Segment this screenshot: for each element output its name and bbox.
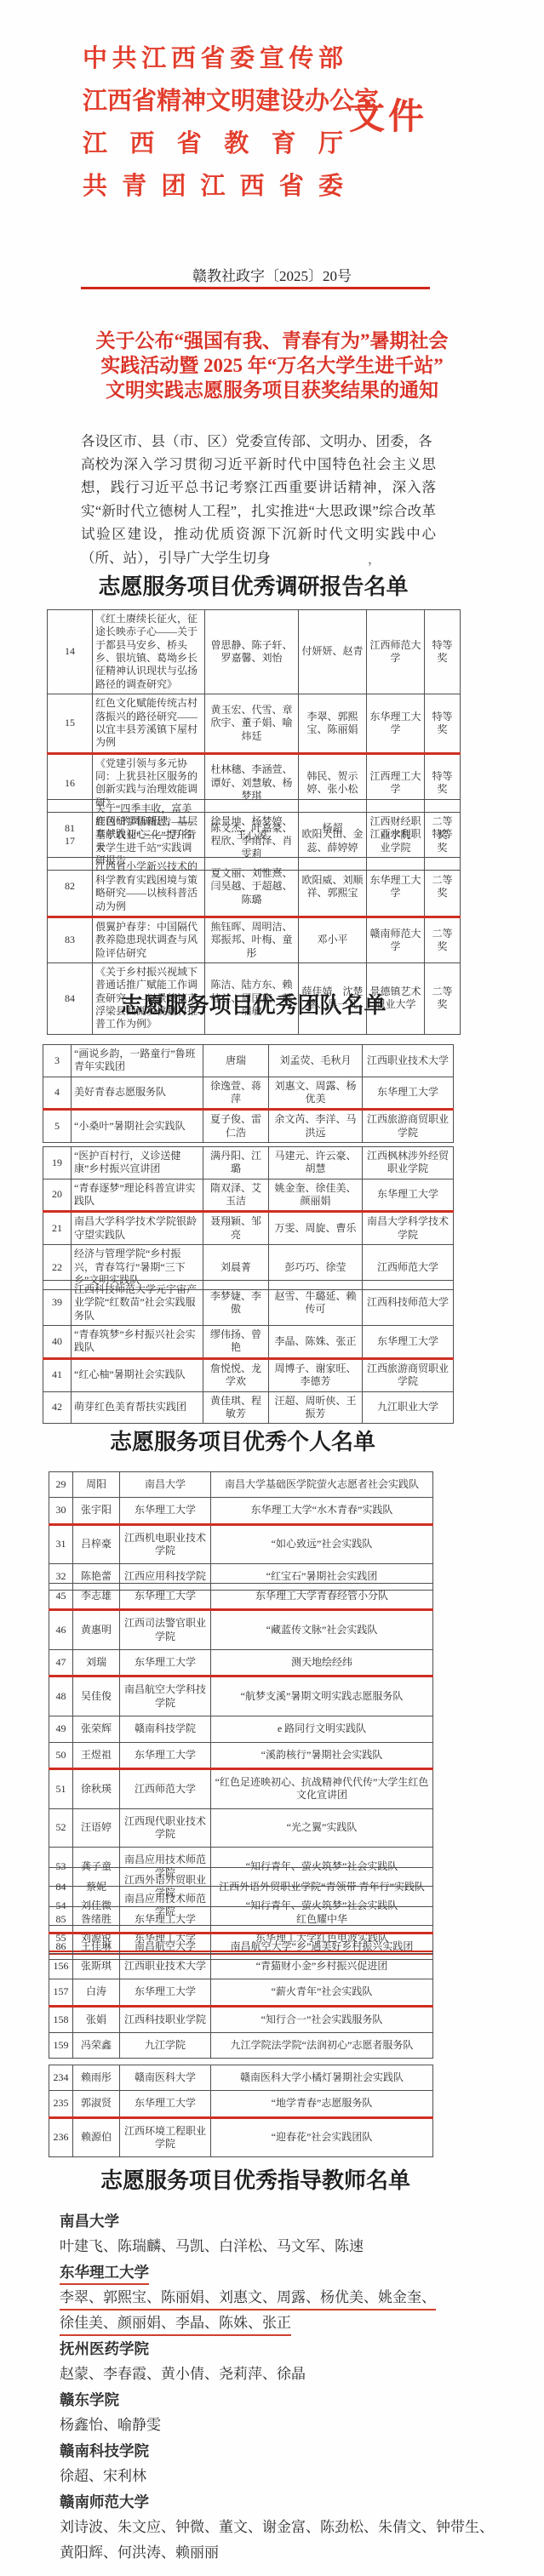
cell-advisors: 万雯、周旋、曹乐 [269,1212,363,1245]
cell-team-name: 东华理工大学“水木青春”实践队 [211,1498,433,1524]
table-row: 20 “青春逐梦”理论科普宣讲实践队 隋双泽、艾玉洁 姚金奎、徐佳美、颜丽娟 东… [43,1179,454,1212]
cell-project-title: 红色文化赋能传统古村落振兴的路径研究——以宜丰县芳溪镇下屋村为例 [93,694,205,753]
cell-leaders: 黄佳琪、程敏芳 [203,1391,269,1424]
cell-number: 85 [49,1906,73,1933]
cell-award: 二等奖 [425,800,461,858]
table-row: 85 昝绪胜 东华理工大学 红色耀中华 [49,1906,433,1933]
teacher-line-text: 赣南师范大学 [60,2493,149,2510]
cell-team-name: “知行合一”社会实践服务队 [211,2006,433,2032]
cell-school: 九江学院 [120,2033,211,2059]
cell-number: 236 [49,2117,73,2157]
cell-project-title: 《红土赓续长征火，征途长映赤子心——关于于都县马安乡、桥头乡、银坑镇、葛坳乡长征… [93,610,205,694]
cell-leaders: 缪伟扬、曾艳 [203,1326,269,1359]
cell-number: 39 [43,1281,72,1326]
cell-team-name: “如心致远”社会实践队 [211,1524,433,1564]
table-row: 30 张宇阳 东华理工大学 东华理工大学“水木青春”实践队 [49,1498,433,1524]
title-line-3: 文明实践志愿服务项目获奖结果的通知 [0,378,544,403]
cell-advisors: 欧阳威、刘顺祥、郭熙宝 [299,858,367,917]
document-title: 关于公布“强国有我、青春有为”暑期社会 实践活动暨 2025 年“万名大学生进千… [0,328,544,403]
table-row: 47 刘瑞 东华理工大学 测天地绘经纬 [49,1650,433,1676]
table-row: 83 偎翼护春芽：中国隔代教养隐患现状调查与风险评估研究 熊钰晖、周明洁、郑振邦… [48,917,461,962]
cell-advisors: 刘孟荧、毛秋月 [269,1045,363,1077]
cell-leaders: 满丹阳、江璐 [203,1147,269,1179]
cell-school: 江西现代职业技术学院 [120,1808,211,1848]
cell-school: 南昌大学 [120,1472,211,1498]
teacher-line: 黄阳辉、何洪涛、赖丽丽 [60,2540,494,2566]
cell-team-name: “青春筑梦”乡村振兴社会实践队 [72,1326,203,1359]
cell-number: 156 [49,1954,73,1979]
cell-person-name: 徐秋瑛 [73,1768,120,1808]
cell-team-name: “小桑叶”暑期社会实践队 [72,1110,203,1143]
table-row: 84 蔡妮 江西外语外贸职业学院 江西外语外贸职业学院“青领带 青年行”实践队 [49,1868,433,1907]
cell-school: 赣南医科大学 [120,2065,211,2091]
cell-school: 江西环境工程职业学院 [120,2117,211,2157]
table-row: 52 汪语婷 江西现代职业技术学院 “光之翼”实践队 [49,1808,433,1848]
cell-school: 东华理工大学 [363,1077,454,1110]
cell-number: 84 [49,1868,73,1907]
table-row: 15 红色文化赋能传统古村落振兴的路径研究——以宜丰县芳溪镇下屋村为例 黄玉宏、… [48,694,461,753]
cell-number: 157 [49,1979,73,2006]
cell-school: 江西枫林涉外经贸职业学院 [363,1147,454,1179]
cell-school: 东华理工大学 [367,858,425,917]
cell-number: 235 [49,2091,73,2117]
table-row: 4 美好青春志愿服务队 徐逸萱、蒋萍 刘惠文、周露、杨优美 东华理工大学 [43,1077,454,1110]
cell-person-name: 张宇阳 [73,1498,120,1524]
cell-number: 49 [49,1716,73,1742]
cell-school: 江西财经职业学院 [367,800,425,858]
cell-school: 江西师范大学 [367,610,425,694]
cell-person-name: 汪语婷 [73,1808,120,1848]
table-row: 45 李志雄 东华理工大学 东华理工大学青春经管小分队 [49,1584,433,1610]
teacher-line-text: 徐超、宋利林 [60,2468,146,2484]
section-title-teachers: 志愿服务项目优秀指导教师名单 [0,2163,511,2195]
table-row: 236 赖源伯 江西环境工程职业学院 “迎春花”社会实践团队 [49,2117,433,2157]
table-row: 46 黄惠明 江西司法警官职业学院 “藏蓝传文脉”社会实践队 [49,1610,433,1650]
teacher-line: 徐超、宋利林 [60,2464,494,2489]
cell-team-name: “光之翼”实践队 [211,1808,433,1848]
cell-team-name: 红色耀中华 [211,1906,433,1933]
cell-award: 二等奖 [425,917,461,962]
cell-team-name: 赣南医科大学小橘灯暑期社会实践队 [211,2065,433,2091]
cell-advisors: 杨超 [299,800,367,858]
table-row: 21 南昌大学科学技术学院银龄守望实践队 聂翔颖、邹亮 万雯、周旋、曹乐 南昌大… [43,1212,454,1245]
cell-leaders: 隋双泽、艾玉洁 [203,1179,269,1212]
table-row: 29 周阳 南昌大学 南昌大学基础医学院萤火志愿者社会实践队 [49,1472,433,1498]
cell-leaders: 詹悦悦、龙学欢 [203,1358,269,1391]
cell-team-members: 夏文丽、刘惟熹、闫昊越、于超越、陈璐 [205,858,299,917]
cell-school: 九江职业大学 [363,1391,454,1424]
cell-advisors: 赵雪、牛璐延、赖传可 [269,1281,363,1326]
cell-number: 29 [49,1472,73,1498]
table-row: 42 萌芽红色美育帮扶实践团 黄佳琪、程敏芳 汪超、周昕侠、王振芳 九江职业大学 [43,1391,454,1424]
cell-person-name: 冯荣鑫 [73,2033,120,2059]
document-label: 文件 [349,89,427,140]
teacher-line: 赣南科技学院 [60,2438,494,2464]
title-line-2: 实践活动暨 2025 年“万名大学生进千站” [0,353,544,378]
teacher-line: 刘诗波、朱文应、钟微、董文、谢金富、陈劲松、朱倩文、钟带生、 [60,2515,494,2540]
teacher-line-text: 赣南科技学院 [60,2442,149,2459]
teacher-line: 叶建飞、陈瑞麟、马凯、白洋松、马文军、陈速 [60,2234,494,2259]
teacher-line-text: 赵蒙、李春霞、黄小倩、尧莉萍、徐晶 [60,2366,306,2382]
cell-school: 江西职业技术大学 [363,1045,454,1077]
cell-advisors: 马建元、许云豪、胡慧 [269,1147,363,1179]
table-row: 235 郭淑贤 东华理工大学 “地学青春”志愿服务队 [49,2091,433,2117]
cell-person-name: 刘瑞 [73,1650,120,1676]
table-row: 39 江西科技师范大学元宇宙产业学院“红数苗”社会实践服务队 李梦婕、李傲 赵雪… [43,1281,454,1326]
cell-team-name: “青春逐梦”理论科普宣讲实践队 [72,1179,203,1212]
teacher-line-text: 叶建飞、陈瑞麟、马凯、白洋松、马文军、陈速 [60,2238,364,2254]
cell-number: 15 [48,694,93,753]
cell-number: 46 [49,1610,73,1650]
individual-table-3: 84 蔡妮 江西外语外贸职业学院 江西外语外贸职业学院“青领带 青年行”实践队 … [49,1867,433,1960]
cell-number: 82 [48,858,93,917]
cell-number: 14 [48,610,93,694]
table-row: 41 “红心柚”暑期社会实践队 詹悦悦、龙学欢 周博子、谢家旺、李德芳 江西旅游… [43,1358,454,1391]
stray-comma: ， [368,550,381,568]
cell-award: 特等奖 [425,610,461,694]
org-line-3: 江西省教育厅 [83,123,343,165]
cell-team-name: 美好青春志愿服务队 [72,1077,203,1110]
cell-team-name: “红心柚”暑期社会实践队 [72,1358,203,1391]
table-row: 234 赖雨彤 赣南医科大学 赣南医科大学小橘灯暑期社会实践队 [49,2065,433,2091]
team-table-3: 39 江西科技师范大学元宇宙产业学院“红数苗”社会实践服务队 李梦婕、李傲 赵雪… [43,1280,454,1424]
table-row: 158 张娟 江西科技职业学院 “知行合一”社会实践服务队 [49,2006,433,2032]
section-title-team: 志愿服务项目优秀团队名单 [0,988,507,1020]
title-line-1: 关于公布“强国有我、青春有为”暑期社会 [0,328,544,353]
org-line-4: 共青团江西省委 [83,165,343,208]
cell-advisors: 姚金奎、徐佳美、颜丽娟 [269,1179,363,1212]
cell-number: 48 [49,1676,73,1716]
cell-leaders: 聂翔颖、邹亮 [203,1212,269,1245]
cell-team-name: “青猫财小金”乡村振兴促进团 [211,1954,433,1979]
cell-number: 40 [43,1326,72,1359]
body-paragraph: 为深入学习贯彻习近平新时代中国特色社会主义思想，践行习近平总书记考察江西重要讲话… [81,453,436,569]
red-divider [81,287,430,289]
cell-team-name: 萌芽红色美育帮扶实践团 [72,1391,203,1424]
teacher-line-text: 东华理工大学 [60,2262,149,2285]
cell-advisors: 汪超、周昕侠、王振芳 [269,1391,363,1424]
cell-number: 20 [43,1179,72,1212]
teacher-line-text: 刘诗波、朱文应、钟微、董文、谢金富、陈劲松、朱倩文、钟带生、 [60,2519,494,2535]
cell-number: 47 [49,1650,73,1676]
cell-team-name: 南昌大学科学技术学院银龄守望实践队 [72,1212,203,1245]
cell-person-name: 郭淑贤 [73,2091,120,2117]
table-row: 5 “小桑叶”暑期社会实践队 夏子俊、雷仁浩 余文芮、李洋、马洪远 江西旅游商贸… [43,1110,454,1143]
cell-person-name: 李志雄 [73,1584,120,1610]
cell-school: 江西机电职业技术学院 [120,1524,211,1564]
teacher-line-text: 南昌大学 [60,2213,119,2230]
cell-school: 东华理工大学 [120,1498,211,1524]
cell-team-name: “藏蓝传文脉”社会实践队 [211,1610,433,1650]
cell-number: 5 [43,1110,72,1143]
cell-person-name: 吴佳俊 [73,1676,120,1716]
cell-team-name: “薪火青年”社会实践队 [211,1979,433,2006]
cell-advisors: 李翠、郭熙宝、陈丽娟 [299,694,367,753]
cell-team-name: 江西科技师范大学元宇宙产业学院“红数苗”社会实践服务队 [72,1281,203,1326]
cell-advisors: 刘惠文、周露、杨优美 [269,1077,363,1110]
cell-team-members: 曾思静、陈子轩、罗嘉馨、刘怡 [205,610,299,694]
cell-school: 东华理工大学 [120,1584,211,1610]
teacher-line: 南昌大学 [60,2208,494,2234]
cell-number: 41 [43,1358,72,1391]
cell-school: 赣南师范大学 [367,917,425,962]
teacher-line: 赣南师范大学 [60,2489,494,2515]
cell-school: 南昌大学科学技术学院 [363,1212,454,1245]
team-table-1: 3 “画说乡韵，一路童行”鲁班青年实践团 唐瑞 刘孟荧、毛秋月 江西职业技术大学… [43,1044,454,1143]
cell-project-title: 江西省小学新兴技术的科学教育实践困境与策略研究——以核科普活动为例 [93,858,205,917]
cell-award: 特等奖 [425,694,461,753]
cell-team-name: 九江学院法学院“法润初心”志愿者服务队 [211,2033,433,2059]
cell-advisors: 李晶、陈姝、张正 [269,1326,363,1359]
cell-number: 30 [49,1498,73,1524]
cell-person-name: 蔡妮 [73,1868,120,1907]
teacher-line-text: 杨鑫怡、喻静雯 [60,2417,161,2433]
cell-school: 东华理工大学 [120,1742,211,1768]
cell-school: 江西旅游商贸职业学院 [363,1110,454,1143]
cell-school: 东华理工大学 [120,1906,211,1933]
cell-number: 31 [49,1524,73,1564]
cell-number: 42 [43,1391,72,1424]
cell-number: 3 [43,1045,72,1077]
teacher-line: 抚州医药学院 [60,2336,494,2362]
teacher-line-text: 黄阳辉、何洪涛、赖丽丽 [60,2545,219,2561]
cell-person-name: 黄惠明 [73,1610,120,1650]
cell-person-name: 周阳 [73,1472,120,1498]
teacher-line: 徐佳美、颜丽娟、李晶、陈姝、张正 [60,2310,494,2336]
teacher-line: 赣东学院 [60,2387,494,2413]
cell-advisors: 周博子、谢家旺、李德芳 [269,1358,363,1391]
cell-leaders: 徐逸萱、蒋萍 [203,1077,269,1110]
cell-team-members: 黄玉宏、代雪、章欣宇、董子娟、喻炜廷 [205,694,299,753]
letterhead-orgs: 中共江西省委宣传部 江西省精神文明建设办公室 江西省教育厅 共青团江西省委 [83,37,343,208]
cell-number: 19 [43,1147,72,1179]
cell-team-name: “航梦支溪”暑期文明实践志愿服务队 [211,1676,433,1716]
cell-team-name: “画说乡韵，一路童行”鲁班青年实践团 [72,1045,203,1077]
cell-team-members: 徐景坤、杨梦婷、王心凌 [205,800,299,858]
cell-school: 江西科技师范大学 [363,1281,454,1326]
cell-number: 51 [49,1768,73,1808]
teacher-list: 南昌大学 叶建飞、陈瑞麟、马凯、白洋松、马文军、陈速 东华理工大学 李翠、郭熙宝… [60,2208,494,2566]
teacher-line: 杨鑫怡、喻静雯 [60,2413,494,2438]
teacher-line: 赵蒙、李春霞、黄小倩、尧莉萍、徐晶 [60,2362,494,2387]
teacher-line-text: 徐佳美、颜丽娟、李晶、陈姝、张正 [60,2313,291,2336]
cell-team-name: 江西外语外贸职业学院“青领带 青年行”实践队 [211,1868,433,1907]
table-row: 82 江西省小学新兴技术的科学教育实践困境与策略研究——以核科普活动为例 夏文丽… [48,858,461,917]
cell-number: 4 [43,1077,72,1110]
cell-team-name: e 路同行文明实践队 [211,1716,433,1742]
cell-team-name: “溪韵核行”暑期社会实践队 [211,1742,433,1768]
cell-number: 52 [49,1808,73,1848]
teacher-line: 东华理工大学 [60,2259,494,2285]
cell-advisors: 付妍妍、赵青 [299,610,367,694]
teacher-line: 李翠、郭熙宝、陈丽娟、刘惠文、周露、杨优美、姚金奎、 [60,2285,494,2310]
individual-table-5: 234 赖雨彤 赣南医科大学 赣南医科大学小橘灯暑期社会实践队 235 郭淑贤 … [49,2065,433,2157]
cell-school: 东华理工大学 [120,1979,211,2006]
table-row: 156 张斯琪 江西职业技术大学 “青猫财小金”乡村振兴促进团 [49,1954,433,1979]
cell-leaders: 李梦婕、李傲 [203,1281,269,1326]
cell-person-name: 吕梓豪 [73,1524,120,1564]
document-page: 中共江西省委宣传部 江西省精神文明建设办公室 江西省教育厅 共青团江西省委 文件… [0,0,544,2576]
cell-advisors: 邓小平 [299,917,367,962]
cell-person-name: 白涛 [73,1979,120,2006]
teacher-line-text: 抚州医药学院 [60,2340,149,2357]
table-row: 48 吴佳俊 南昌航空大学科技学院 “航梦支溪”暑期文明实践志愿服务队 [49,1676,433,1716]
cell-school: 东华理工大学 [120,1650,211,1676]
table-row: 3 “画说乡韵，一路童行”鲁班青年实践团 唐瑞 刘孟荧、毛秋月 江西职业技术大学 [43,1045,454,1077]
cell-team-name: “医护百村行，义诊送健康”乡村振兴宣讲团 [72,1147,203,1179]
cell-school: 江西师范大学 [120,1768,211,1808]
table-row: 40 “青春筑梦”乡村振兴社会实践队 缪伟扬、曾艳 李晶、陈姝、张正 东华理工大… [43,1326,454,1359]
individual-table-4: 156 张斯琪 江西职业技术大学 “青猫财小金”乡村振兴促进团 157 白涛 东… [49,1953,433,2059]
teacher-line-text: 赣东学院 [60,2391,119,2408]
cell-team-members: 熊钰晖、周明洁、郑振邦、叶梅、童彤 [205,917,299,962]
team-table-2: 19 “医护百村行，义诊送健康”乡村振兴宣讲团 满丹阳、江璐 马建元、许云豪、胡… [43,1146,454,1290]
cell-team-name: “红色足迹映初心、抗战精神代代传”大学生红色文化宣讲团 [211,1768,433,1808]
cell-number: 81 [48,800,93,858]
table-row: 14 《红土赓续长征火，征途长映赤子心——关于于都县马安乡、桥头乡、银坑镇、葛坳… [48,610,461,694]
cell-project-title: 偎翼护春芽：中国隔代教养隐患现状调查与风险评估研究 [93,917,205,962]
cell-school: 东华理工大学 [363,1326,454,1359]
cell-team-name: 南昌大学基础医学院萤火志愿者社会实践队 [211,1472,433,1498]
cell-number: 234 [49,2065,73,2091]
cell-advisors: 余文芮、李洋、马洪远 [269,1110,363,1143]
cell-team-name: 测天地绘经纬 [211,1650,433,1676]
cell-number: 21 [43,1212,72,1245]
cell-school: 东华理工大学 [363,1179,454,1212]
cell-school: 江西旅游商贸职业学院 [363,1358,454,1391]
cell-number: 50 [49,1742,73,1768]
cell-school: 江西司法警官职业学院 [120,1610,211,1650]
cell-person-name: 张荣辉 [73,1716,120,1742]
cell-number: 45 [49,1584,73,1610]
org-line-2: 江西省精神文明建设办公室 [83,80,343,123]
section-title-individual: 志愿服务项目优秀个人名单 [0,1425,485,1456]
document-number: 赣教社政字〔2025〕20号 [0,264,544,285]
cell-number: 159 [49,2033,73,2059]
cell-person-name: 赖雨彤 [73,2065,120,2091]
cell-leaders: 夏子俊、雷仁浩 [203,1110,269,1143]
org-line-1: 中共江西省委宣传部 [83,37,343,80]
cell-school: 东华理工大学 [367,694,425,753]
table-row: 49 张荣辉 赣南科技学院 e 路同行文明实践队 [49,1716,433,1742]
cell-number: 83 [48,917,93,962]
teacher-line-text: 李翠、郭熙宝、陈丽娟、刘惠文、周露、杨优美、姚金奎、 [60,2288,436,2310]
cell-school: 江西职业技术大学 [120,1954,211,1979]
cell-person-name: 赖源伯 [73,2117,120,2157]
table-row: 31 吕梓豪 江西机电职业技术学院 “如心致远”社会实践队 [49,1524,433,1564]
cell-school: 南昌航空大学科技学院 [120,1676,211,1716]
cell-person-name: 王煜祖 [73,1742,120,1768]
individual-table-1: 29 周阳 南昌大学 南昌大学基础医学院萤火志愿者社会实践队 30 张宇阳 东华… [49,1471,433,1591]
cell-number: 158 [49,2006,73,2032]
cell-team-name: 东华理工大学青春经管小分队 [211,1584,433,1610]
cell-person-name: 昝绪胜 [73,1906,120,1933]
cell-team-name: “迎春花”社会实践团队 [211,2117,433,2157]
table-row: 81 关于“四季丰收，富美鹿冈”的调研报告——基于农业“三化”提升背景 徐景坤、… [48,800,461,858]
table-row: 157 白涛 东华理工大学 “薪火青年”社会实践队 [49,1979,433,2006]
cell-school: 东华理工大学 [120,2091,211,2117]
table-row: 19 “医护百村行，义诊送健康”乡村振兴宣讲团 满丹阳、江璐 马建元、许云豪、胡… [43,1147,454,1179]
table-row: 50 王煜祖 东华理工大学 “溪韵核行”暑期社会实践队 [49,1742,433,1768]
cell-school: 江西外语外贸职业学院 [120,1868,211,1907]
cell-school: 赣南科技学院 [120,1716,211,1742]
cell-leaders: 唐瑞 [203,1045,269,1077]
cell-school: 江西科技职业学院 [120,2006,211,2032]
cell-person-name: 张斯琪 [73,1954,120,1979]
cell-team-name: “地学青春”志愿服务队 [211,2091,433,2117]
table-row: 51 徐秋瑛 江西师范大学 “红色足迹映初心、抗战精神代代传”大学生红色文化宣讲… [49,1768,433,1808]
cell-person-name: 张娟 [73,2006,120,2032]
cell-project-title: 关于“四季丰收，富美鹿冈”的调研报告——基于农业“三化”提升背景 [93,800,205,858]
table-row: 159 冯荣鑫 九江学院 九江学院法学院“法润初心”志愿者服务队 [49,2033,433,2059]
cell-award: 二等奖 [425,858,461,917]
section-title-research: 志愿服务项目优秀调研报告名单 [0,569,507,601]
